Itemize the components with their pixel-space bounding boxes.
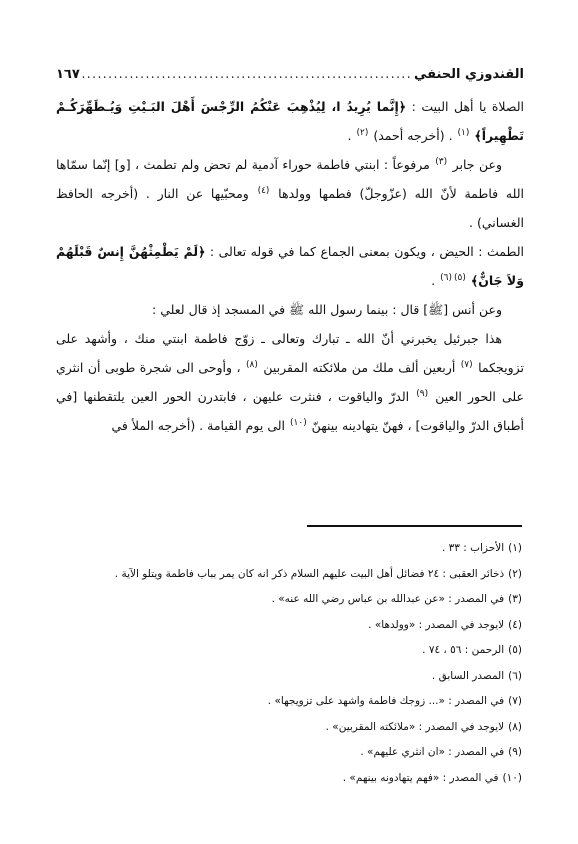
footnote-ref-9[interactable]: (٩) <box>415 389 429 399</box>
footnote-2: (٢)ذخائر العقبى : ٢٤ فضائل أهل البيت علي… <box>56 562 522 588</box>
text-span: . <box>431 273 439 288</box>
leader-dots: ........................................… <box>82 64 412 86</box>
footnote-text: الأحزاب : ٣٣ . <box>442 542 504 554</box>
running-header-title: القندوزي الحنفي <box>414 64 524 86</box>
footnote-ref-7[interactable]: (٧) <box>460 360 474 370</box>
book-page: القندوزي الحنفي ........................… <box>56 64 524 440</box>
footnote-number: (٢) <box>504 568 522 580</box>
footnote-text: لايوجد في المصدر : «وولدها» . <box>368 619 504 631</box>
paragraph-tamth-definition: الطمث : الحيض ، ويكون بمعنى الجماع كما ف… <box>56 237 524 295</box>
text-span: الى يوم القيامة . (أخرجه الملأ في <box>111 418 289 433</box>
footnotes-list: (١)الأحزاب : ٣٣ . (٢)ذخائر العقبى : ٢٤ ف… <box>56 536 522 791</box>
text-span: وعن أنس [ﷺ] قال : بينما رسول الله ﷺ في ا… <box>152 302 502 317</box>
running-header: القندوزي الحنفي ........................… <box>56 64 524 86</box>
paragraph-anas: وعن أنس [ﷺ] قال : بينما رسول الله ﷺ في ا… <box>56 295 524 324</box>
text-span: أربعين ألف ملك من ملائكته المقربين <box>259 360 460 375</box>
footnote-3: (٣)في المصدر : «عن عبدالله بن عباس رضي ا… <box>56 587 522 613</box>
paragraph-ahl-al-bayt: الصلاة يا أهل البيت : ﴿إِنَّما يُرِيدُ ا… <box>56 92 524 150</box>
footnote-1: (١)الأحزاب : ٣٣ . <box>56 536 522 562</box>
footnote-text: لايوجد في المصدر : «ملائكته المقربين» . <box>326 721 505 733</box>
body-text: الصلاة يا أهل البيت : ﴿إِنَّما يُرِيدُ ا… <box>56 92 524 440</box>
footnote-7: (٧)في المصدر : «... زوجك فاطمة واشهد على… <box>56 689 522 715</box>
footnote-6: (٦)المصدر السابق . <box>56 664 522 690</box>
footnote-text: الرحمن : ٥٦ ، ٧٤ . <box>422 644 504 656</box>
footnote-number: (٦) <box>504 670 522 682</box>
footnote-text: ذخائر العقبى : ٢٤ فضائل أهل البيت عليهم … <box>115 568 504 580</box>
footnote-5: (٥)الرحمن : ٥٦ ، ٧٤ . <box>56 638 522 664</box>
paragraph-jabir: وعن جابر (٣) مرفوعاً : ابنتي فاطمة حوراء… <box>56 150 524 237</box>
footnote-text: في المصدر : «عن عبدالله بن عباس رضي الله… <box>272 593 505 605</box>
footnote-number: (١) <box>504 542 522 554</box>
text-span: الصلاة يا أهل البيت : <box>406 99 524 114</box>
footnote-number: (٩) <box>504 746 522 758</box>
footnote-number: (٣) <box>504 593 522 605</box>
paragraph-jibril: هذا جبرئيل يخبرني أنّ الله ـ تبارك وتعال… <box>56 324 524 440</box>
footnote-ref-4[interactable]: (٤) <box>257 186 271 196</box>
footnote-ref-8[interactable]: (٨) <box>245 360 259 370</box>
text-span: . <box>348 128 356 143</box>
footnote-9: (٩)في المصدر : «ان انثري عليهم» . <box>56 740 522 766</box>
footnote-number: (٨) <box>504 721 522 733</box>
footnote-ref-2[interactable]: (٢) <box>356 128 370 138</box>
footnote-8: (٨)لايوجد في المصدر : «ملائكته المقربين»… <box>56 715 522 741</box>
footnote-text: في المصدر : «... زوجك فاطمة واشهد على تز… <box>268 695 504 707</box>
footnote-separator-rule <box>307 525 522 527</box>
footnote-ref-1[interactable]: (١) <box>457 128 471 138</box>
footnote-number: (١٠) <box>499 772 523 784</box>
footnote-10: (١٠)في المصدر : «فهم يتهادونه بينهم» . <box>56 766 522 792</box>
footnote-ref-3[interactable]: (٣) <box>434 157 448 167</box>
footnote-4: (٤)لايوجد في المصدر : «وولدها» . <box>56 613 522 639</box>
footnote-text: المصدر السابق . <box>432 670 504 682</box>
footnote-ref-10[interactable]: (١٠) <box>289 418 308 428</box>
footnote-number: (٥) <box>504 644 522 656</box>
text-span: وعن جابر <box>448 157 502 172</box>
footnote-number: (٤) <box>504 619 522 631</box>
page-number: ١٦٧ <box>56 64 80 86</box>
footnote-ref-5[interactable]: (٥) <box>453 273 467 283</box>
footnote-number: (٧) <box>504 695 522 707</box>
footnote-text: في المصدر : «فهم يتهادونه بينهم» . <box>343 772 499 784</box>
footnote-ref-6[interactable]: (٦) <box>439 273 453 283</box>
text-span: . (أخرجه أحمد) <box>373 128 456 143</box>
footnote-text: في المصدر : «ان انثري عليهم» . <box>360 746 504 758</box>
text-span: الطمث : الحيض ، ويكون بمعنى الجماع كما ف… <box>205 244 524 259</box>
